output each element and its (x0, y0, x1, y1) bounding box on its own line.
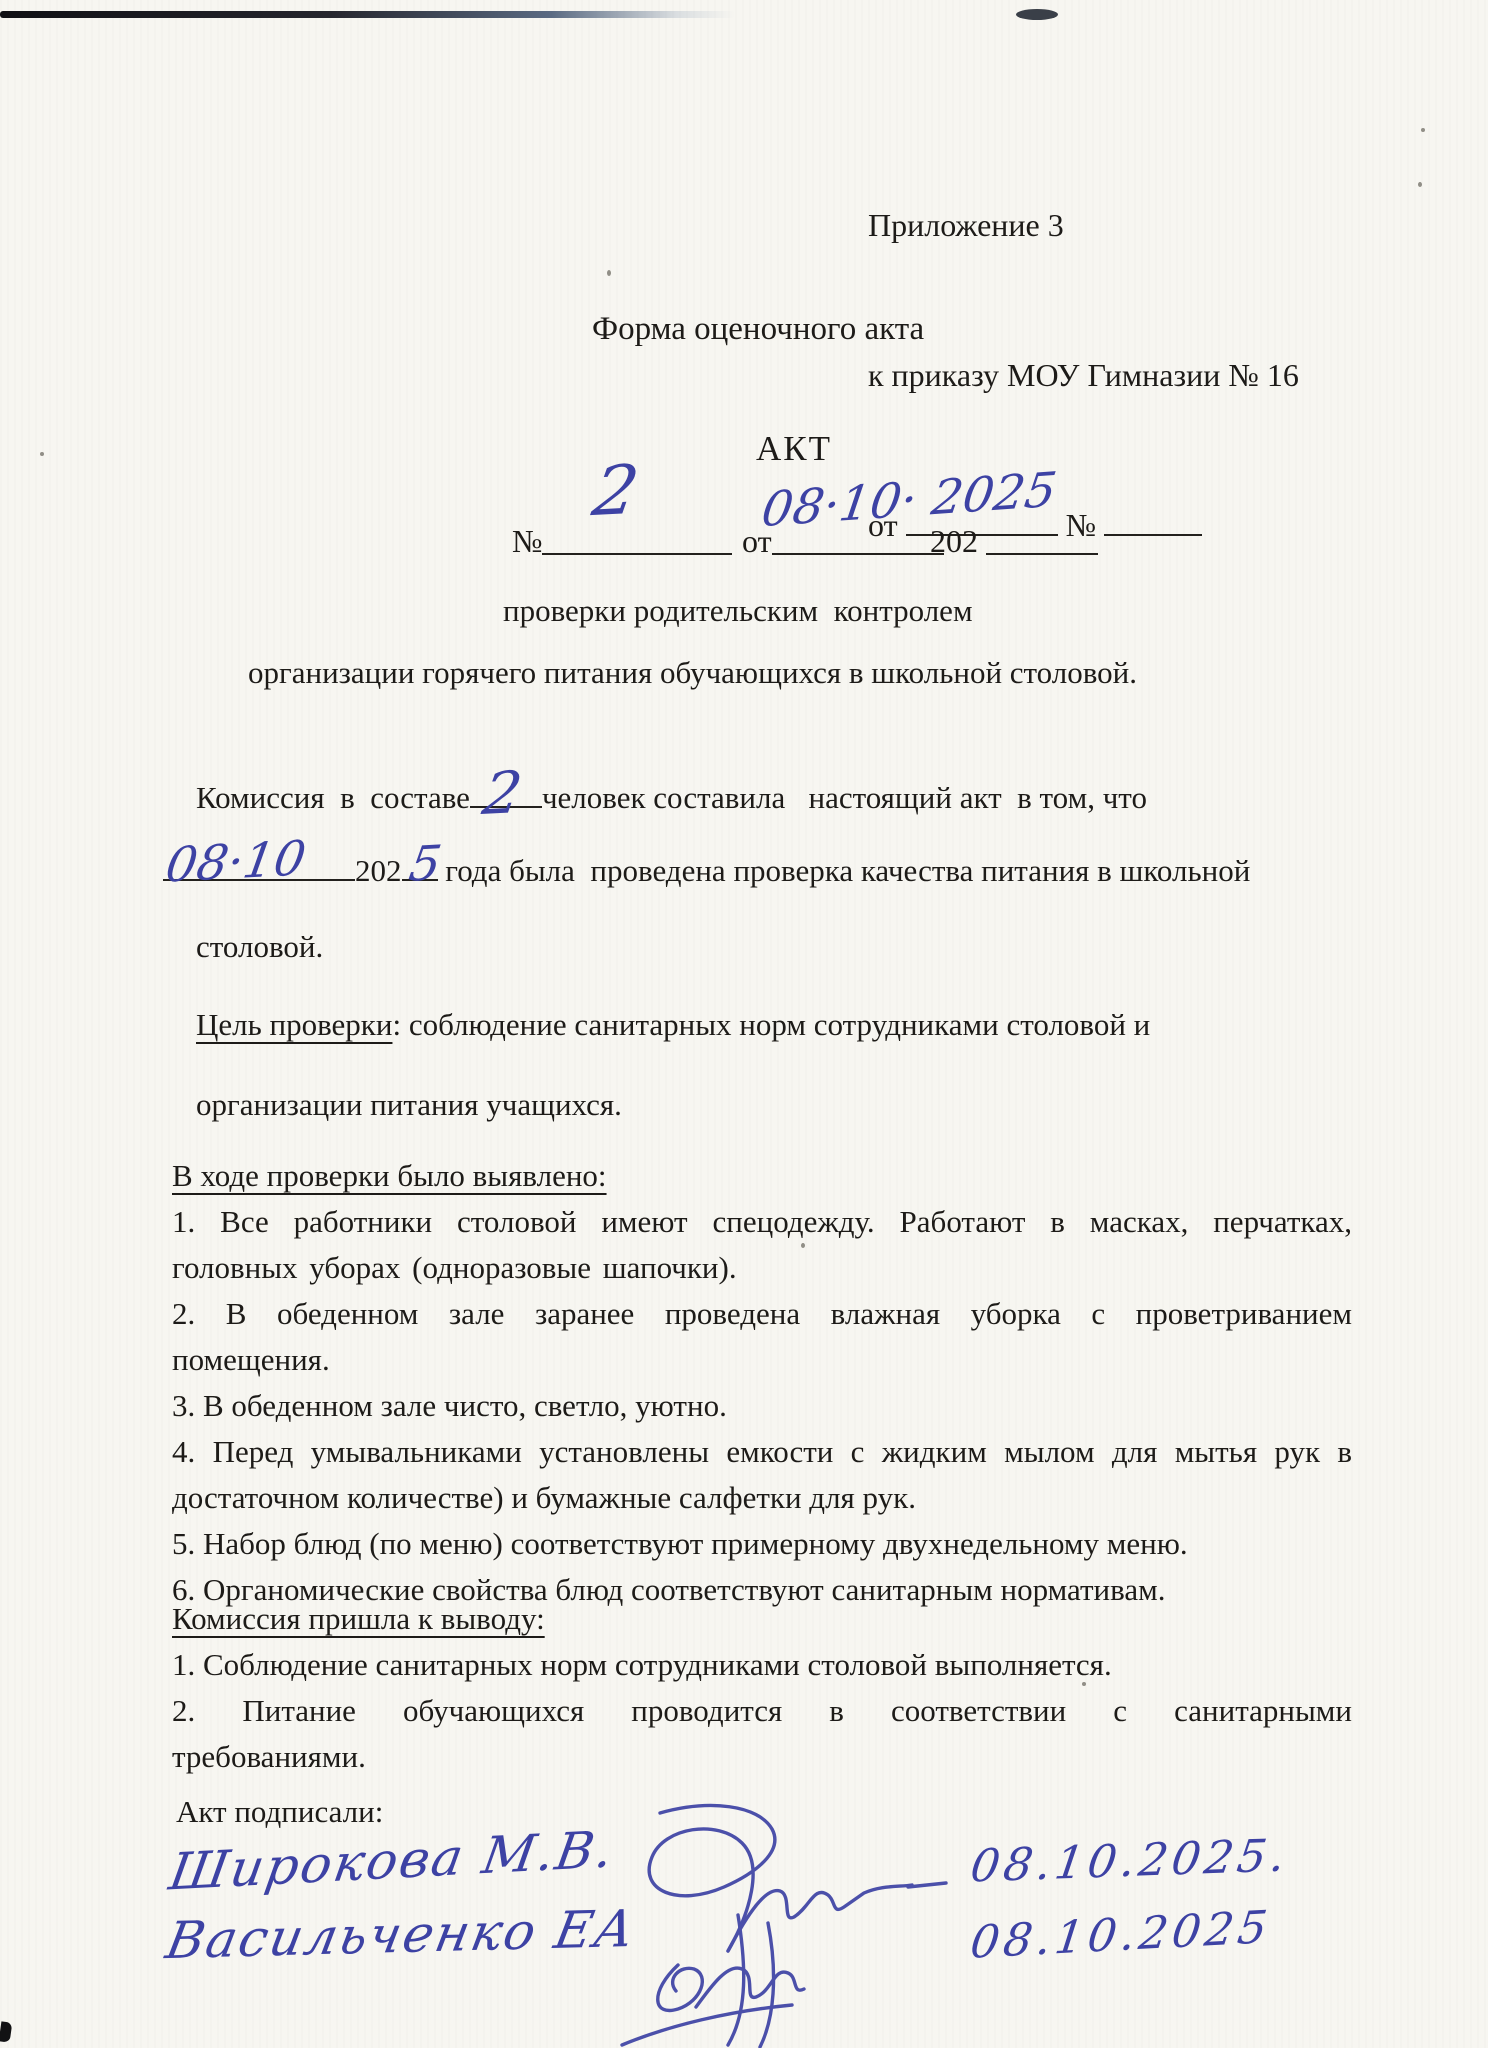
signature-stroke (658, 1965, 703, 2010)
inspection-date-line-post: года была проведена проверка качества пи… (438, 853, 1251, 888)
number-sign: № (1066, 507, 1097, 543)
blank-act-date-line (772, 553, 944, 555)
item-text: Питание обучающихся проводится в соответ… (172, 1693, 1352, 1774)
scan-speck (1418, 182, 1422, 187)
signature-flourish (510, 1795, 960, 2048)
signature-stroke (908, 1883, 946, 1887)
act-year-stub: 202 (930, 518, 978, 564)
form-title: Форма оценочного акта (592, 306, 924, 352)
conclusion-section: Комиссия пришла к выводу: 1. Соблюдение … (172, 1596, 1352, 1780)
purpose-line: Цель проверки: соблюдение санитарных нор… (196, 1002, 1150, 1048)
order-line: к приказу МОУ Гимназии № 16 (868, 350, 1299, 400)
item-text: Соблюдение санитарных норм сотрудниками … (203, 1647, 1112, 1682)
item-number: 1. (172, 1647, 195, 1682)
item-number: 2. (172, 1296, 195, 1331)
act-subtitle-line1: проверки родительским контролем (503, 588, 973, 634)
finding-item: 5. Набор блюд (по меню) соответствуют пр… (172, 1521, 1352, 1567)
handwritten-sign-date: 08.10.2025. (967, 1829, 1292, 1893)
item-number: 4. (172, 1434, 195, 1469)
finding-item: 3. В обеденном зале чисто, светло, уютно… (172, 1383, 1352, 1429)
purpose-line2: организации питания учащихся. (196, 1082, 622, 1128)
act-subtitle-line2: организации горячего питания обучающихся… (248, 650, 1137, 696)
commission-line: Комиссия в составе2человек составила нас… (196, 772, 1147, 821)
scan-speck (40, 452, 44, 456)
signature-stroke (728, 1885, 912, 1951)
appendix-line: Приложение 3 (868, 200, 1299, 250)
conclusion-item: 1. Соблюдение санитарных норм сотрудника… (172, 1642, 1352, 1688)
item-text: В обеденном зале чисто, светло, уютно. (203, 1388, 727, 1423)
scan-speck (1421, 128, 1425, 132)
handwritten-sign-date: 08.10.2025 (968, 1900, 1275, 1969)
finding-item: 1. Все работники столовой имеют спецодеж… (172, 1199, 1352, 1291)
finding-item: 2. В обеденном зале заранее проведена вл… (172, 1291, 1352, 1383)
handwritten-members-count: 2 (480, 769, 525, 817)
purpose-label: Цель проверки (196, 1007, 392, 1042)
item-text: Набор блюд (по меню) соответствуют приме… (203, 1526, 1188, 1561)
appendix-header-block: Приложение 3 к приказу МОУ Гимназии № 16… (868, 100, 1299, 650)
blank-number-line (1104, 504, 1202, 536)
scanned-act-document: Приложение 3 к приказу МОУ Гимназии № 16… (0, 0, 1488, 2048)
scan-blob-artifact (1016, 9, 1058, 20)
signing-label: Акт подписали: (176, 1789, 383, 1835)
item-text: Все работники столовой имеют спецодежду.… (172, 1204, 1352, 1285)
item-text: Перед умывальниками установлены емкости … (172, 1434, 1352, 1515)
act-title: АКТ (756, 426, 832, 472)
commission-line-post: человек составила настоящий акт в том, ч… (542, 780, 1147, 815)
conclusion-item: 2. Питание обучающихся проводится в соот… (172, 1688, 1352, 1780)
blank-inspection-date: 08·10 (163, 845, 355, 881)
item-number: 3. (172, 1388, 195, 1423)
year-stub: 202 (355, 853, 402, 888)
item-number: 1. (172, 1204, 195, 1239)
item-number: 5. (172, 1526, 195, 1561)
handwritten-inspection-date: 08·10 (163, 835, 309, 888)
signature-stroke (649, 1806, 775, 1951)
item-number: 2. (172, 1693, 195, 1728)
blank-act-number-line (542, 553, 732, 555)
findings-section: В ходе проверки было выявлено: 1. Все ра… (172, 1153, 1352, 1613)
findings-heading: В ходе проверки было выявлено: (172, 1153, 1352, 1199)
blank-act-year-line (986, 553, 1098, 555)
blank-year-digit: 5 (402, 845, 438, 881)
finding-item: 4. Перед умывальниками установлены емкос… (172, 1429, 1352, 1521)
scan-corner-artifact (0, 2021, 12, 2042)
commission-line-pre: Комиссия в составе (196, 780, 470, 815)
act-number-sign: № (512, 518, 543, 564)
signature-stroke (696, 1968, 804, 2007)
item-text: В обеденном зале заранее проведена влажн… (172, 1296, 1352, 1377)
handwritten-act-number: 2 (587, 451, 643, 532)
canteen-line: столовой. (196, 924, 323, 970)
scan-speck (607, 270, 611, 276)
scan-streak-artifact (0, 11, 735, 18)
purpose-text: : соблюдение санитарных норм сотрудникам… (392, 1007, 1150, 1042)
inspection-date-line: 08·102025 года была проведена проверка к… (163, 845, 1250, 894)
blank-members-count: 2 (470, 772, 542, 808)
conclusion-heading: Комиссия пришла к выводу: (172, 1596, 1352, 1642)
